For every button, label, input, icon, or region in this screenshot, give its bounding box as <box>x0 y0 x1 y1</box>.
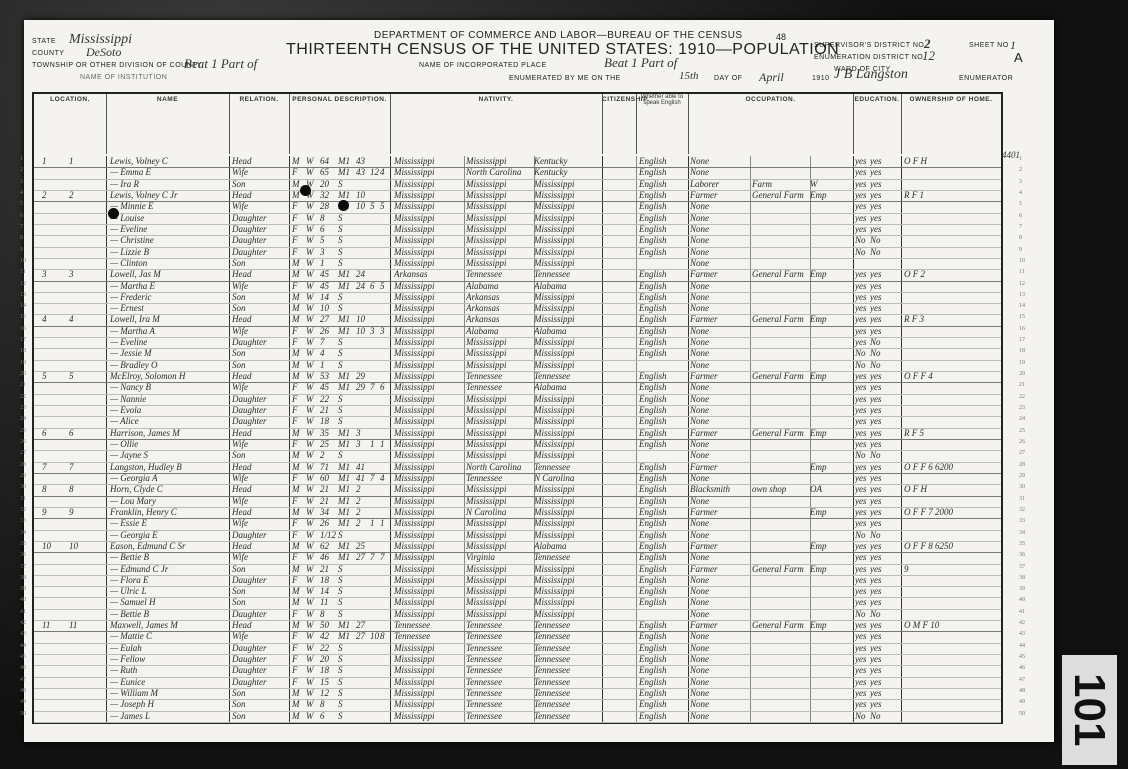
cell-sex: F <box>292 631 304 642</box>
cell-mpob: Mississippi <box>534 213 602 224</box>
line-number: 34 <box>20 530 26 536</box>
cell-write: yes <box>870 507 884 518</box>
line-number-right: 12 <box>1019 281 1025 287</box>
table-body: 111Lewis, Volney CHeadMW64M143Mississipp… <box>34 156 1001 722</box>
line-number-right: 21 <box>1019 382 1025 388</box>
cell-fpob: Mississippi <box>466 405 534 416</box>
cell-occ: None <box>690 518 750 529</box>
enumerated-label: Enumerated by me on the <box>509 75 621 82</box>
cell-mpob: Alabama <box>534 326 602 337</box>
cell-write: yes <box>870 213 884 224</box>
cell-fpob: Virginia <box>466 552 534 563</box>
cell-ms: S <box>338 224 356 235</box>
cell-read: yes <box>855 416 869 427</box>
cell-age: 8 <box>320 213 338 224</box>
cell-ms: M1 <box>338 462 356 473</box>
cell-write: yes <box>870 405 884 416</box>
cell-emp: W <box>810 179 830 190</box>
cell-dw: 8 <box>42 484 62 495</box>
cell-rel: Wife <box>232 281 288 292</box>
cell-name: Eason, Edmund C Sr <box>110 541 228 552</box>
cell-pob: Mississippi <box>394 677 464 688</box>
cell-mpob: Mississippi <box>534 348 602 359</box>
cell-read: No <box>855 450 869 461</box>
cell-rel: Head <box>232 314 288 325</box>
cell-name: — Alice <box>110 416 228 427</box>
cell-living: 8 <box>380 631 390 642</box>
cell-name: Lowell, Jas M <box>110 269 228 280</box>
cell-rel: Son <box>232 179 288 190</box>
cell-fpob: Mississippi <box>466 201 534 212</box>
cell-occ: None <box>690 552 750 563</box>
cell-rel: Head <box>232 428 288 439</box>
cell-mpob: Mississippi <box>534 586 602 597</box>
cell-dw: 2 <box>42 190 62 201</box>
cell-rel: Son <box>232 699 288 710</box>
supervisor-label: Supervisor's District No <box>814 42 924 49</box>
cell-ms: S <box>338 337 356 348</box>
cell-rel: Daughter <box>232 394 288 405</box>
cell-write: No <box>870 337 884 348</box>
line-number: 19 <box>20 360 26 366</box>
cell-occ: Farmer <box>690 462 750 473</box>
cell-fpob: Alabama <box>466 326 534 337</box>
cell-sex: F <box>292 382 304 393</box>
line-number: 32 <box>20 507 26 513</box>
cell-rel: Son <box>232 258 288 269</box>
line-number-right: 35 <box>1019 541 1025 547</box>
cell-race: W <box>306 654 318 665</box>
cell-sex: M <box>292 564 304 575</box>
cell-race: W <box>306 269 318 280</box>
cell-write: yes <box>870 281 884 292</box>
line-number-right: 33 <box>1019 518 1025 524</box>
cell-fpob: Tennessee <box>466 382 534 393</box>
cell-lang: English <box>639 699 687 710</box>
cell-rel: Daughter <box>232 530 288 541</box>
cell-read: yes <box>855 281 869 292</box>
cell-mpob: Mississippi <box>534 484 602 495</box>
cell-age: 46 <box>320 552 338 563</box>
cell-lang: English <box>639 405 687 416</box>
cell-pob: Mississippi <box>394 575 464 586</box>
cell-pob: Mississippi <box>394 190 464 201</box>
cell-born: 1 <box>370 439 380 450</box>
line-number: 14 <box>20 303 26 309</box>
line-number: 21 <box>20 382 26 388</box>
cell-write: yes <box>870 699 884 710</box>
cell-occ: None <box>690 530 750 541</box>
cell-read: yes <box>855 201 869 212</box>
cell-name: — Mattie C <box>110 631 228 642</box>
cell-emp: Emp <box>810 428 830 439</box>
cell-ind: General Farm <box>752 428 808 439</box>
cell-name: — Jayne S <box>110 450 228 461</box>
cell-mpob: Kentucky <box>534 167 602 178</box>
cell-race: W <box>306 631 318 642</box>
cell-age: 26 <box>320 326 338 337</box>
cell-pob: Mississippi <box>394 235 464 246</box>
cell-sex: M <box>292 507 304 518</box>
cell-race: W <box>306 665 318 676</box>
cell-lang: English <box>639 235 687 246</box>
cell-mpob: Tennessee <box>534 665 602 676</box>
cell-fpob: N Carolina <box>466 507 534 518</box>
cell-name: — Ulric L <box>110 586 228 597</box>
line-number: 40 <box>20 597 26 603</box>
cell-sex: M <box>292 156 304 167</box>
cell-race: W <box>306 405 318 416</box>
cell-occ: None <box>690 643 750 654</box>
cell-read: yes <box>855 156 869 167</box>
cell-mpob: Mississippi <box>534 235 602 246</box>
cell-sex: F <box>292 530 304 541</box>
cell-ms: S <box>338 213 356 224</box>
cell-race: W <box>306 552 318 563</box>
cell-name: McElroy, Solomon H <box>110 371 228 382</box>
cell-write: yes <box>870 575 884 586</box>
cell-occ: None <box>690 688 750 699</box>
cell-lang: English <box>639 711 687 722</box>
cell-emp: OA <box>810 484 830 495</box>
cell-lang: English <box>639 484 687 495</box>
line-number: 25 <box>20 428 26 434</box>
cell-yrs: 29 <box>356 371 370 382</box>
cell-sex: F <box>292 247 304 258</box>
cell-fpob: Mississippi <box>466 337 534 348</box>
line-number-right: 16 <box>1019 326 1025 332</box>
cell-born: 10 <box>370 631 380 642</box>
cell-mpob: Mississippi <box>534 337 602 348</box>
line-number: 20 <box>20 371 26 377</box>
cell-occ: None <box>690 496 750 507</box>
cell-age: 1 <box>320 360 338 371</box>
cell-race: W <box>306 382 318 393</box>
cell-occ: Farmer <box>690 371 750 382</box>
cell-write: yes <box>870 179 884 190</box>
cell-sex: M <box>292 371 304 382</box>
line-number-right: 5 <box>1019 201 1022 207</box>
cell-ms: S <box>338 405 356 416</box>
cell-sex: F <box>292 201 304 212</box>
line-number-right: 4 <box>1019 190 1022 196</box>
page-number: 48 <box>776 32 786 42</box>
cell-rel: Daughter <box>232 665 288 676</box>
cell-read: yes <box>855 326 869 337</box>
cell-race: W <box>306 156 318 167</box>
cell-race: W <box>306 496 318 507</box>
line-number-right: 6 <box>1019 213 1022 219</box>
cell-race: W <box>306 677 318 688</box>
cell-race: W <box>306 688 318 699</box>
line-number: 24 <box>20 416 26 422</box>
line-number: 28 <box>20 462 26 468</box>
cell-pob: Mississippi <box>394 382 464 393</box>
cell-rel: Head <box>232 156 288 167</box>
cell-ms: S <box>338 654 356 665</box>
line-number: 30 <box>20 484 26 490</box>
cell-occ: Farmer <box>690 507 750 518</box>
enumerator-label: Enumerator <box>959 75 1013 82</box>
cell-pob: Arkansas <box>394 269 464 280</box>
cell-living: 1 <box>380 439 390 450</box>
cell-age: 53 <box>320 371 338 382</box>
cell-name: — Edmund C Jr <box>110 564 228 575</box>
cell-sex: M <box>292 484 304 495</box>
cell-sex: M <box>292 258 304 269</box>
cell-read: yes <box>855 190 869 201</box>
cell-age: 12 <box>320 688 338 699</box>
cell-write: yes <box>870 371 884 382</box>
cell-write: yes <box>870 552 884 563</box>
cell-write: No <box>870 711 884 722</box>
cell-race: W <box>306 609 318 620</box>
cell-lang: English <box>639 530 687 541</box>
cell-read: yes <box>855 518 869 529</box>
cell-age: 7 <box>320 337 338 348</box>
line-number: 42 <box>20 620 26 626</box>
cell-occ: None <box>690 292 750 303</box>
cell-lang: English <box>639 564 687 575</box>
cell-pob: Mississippi <box>394 665 464 676</box>
cell-name: — Eunice <box>110 677 228 688</box>
cell-home: R F 5 <box>904 428 999 439</box>
cell-born: 6 <box>370 281 380 292</box>
cell-yrs: 41 <box>356 462 370 473</box>
cell-pob: Mississippi <box>394 518 464 529</box>
cell-age: 45 <box>320 281 338 292</box>
cell-yrs: 10 <box>356 201 370 212</box>
cell-occ: None <box>690 405 750 416</box>
cell-read: yes <box>855 631 869 642</box>
cell-mpob: Mississippi <box>534 292 602 303</box>
cell-emp: Emp <box>810 462 830 473</box>
cell-rel: Daughter <box>232 575 288 586</box>
cell-race: W <box>306 711 318 722</box>
cell-age: 3 <box>320 247 338 258</box>
line-number-right: 46 <box>1019 665 1025 671</box>
cell-fpob: Mississippi <box>466 518 534 529</box>
cell-occ: None <box>690 201 750 212</box>
cell-born: 7 <box>370 552 380 563</box>
line-number-right: 8 <box>1019 235 1022 241</box>
county-value: DeSoto <box>86 45 121 60</box>
cell-write: yes <box>870 201 884 212</box>
cell-write: yes <box>870 496 884 507</box>
cell-ms: S <box>338 564 356 575</box>
cell-emp: Emp <box>810 314 830 325</box>
cell-sex: M <box>292 348 304 359</box>
cell-home: O F F 7 2000 <box>904 507 999 518</box>
cell-sex: M <box>292 541 304 552</box>
cell-ms: M1 <box>338 631 356 642</box>
cell-age: 22 <box>320 394 338 405</box>
cell-read: yes <box>855 575 869 586</box>
cell-living: 5 <box>380 281 390 292</box>
cell-mpob: Tennessee <box>534 371 602 382</box>
cell-read: yes <box>855 405 869 416</box>
cell-yrs: 25 <box>356 541 370 552</box>
cell-race: W <box>306 484 318 495</box>
cell-write: yes <box>870 586 884 597</box>
cell-write: yes <box>870 518 884 529</box>
county-label: County <box>32 50 65 57</box>
line-number-right: 27 <box>1019 450 1025 456</box>
cell-yrs: 2 <box>356 518 370 529</box>
cell-rel: Daughter <box>232 235 288 246</box>
cell-race: W <box>306 450 318 461</box>
cell-sex: F <box>292 167 304 178</box>
cell-sex: F <box>292 405 304 416</box>
cell-name: — Minnie E <box>110 201 228 212</box>
cell-occ: None <box>690 258 750 269</box>
department-title: DEPARTMENT OF COMMERCE AND LABOR—BUREAU … <box>374 30 743 41</box>
cell-rel: Head <box>232 462 288 473</box>
cell-age: 60 <box>320 473 338 484</box>
cell-lang: English <box>639 462 687 473</box>
cell-fpob: Tennessee <box>466 643 534 654</box>
cell-read: yes <box>855 167 869 178</box>
cell-occ: Farmer <box>690 564 750 575</box>
cell-living: 6 <box>380 382 390 393</box>
cell-occ: None <box>690 677 750 688</box>
cell-sex: M <box>292 360 304 371</box>
cell-write: yes <box>870 428 884 439</box>
cell-write: yes <box>870 541 884 552</box>
cell-age: 18 <box>320 665 338 676</box>
line-number-right: 48 <box>1019 688 1025 694</box>
cell-read: yes <box>855 541 869 552</box>
cell-lang: English <box>639 416 687 427</box>
cell-sex: F <box>292 654 304 665</box>
cell-read: yes <box>855 473 869 484</box>
line-number-right: 45 <box>1019 654 1025 660</box>
cell-yrs: 41 <box>356 473 370 484</box>
cell-occ: None <box>690 450 750 461</box>
cell-name: — Emma E <box>110 167 228 178</box>
cell-fpob: Mississippi <box>466 609 534 620</box>
cell-ms: S <box>338 292 356 303</box>
cell-write: yes <box>870 326 884 337</box>
line-number-right: 17 <box>1019 337 1025 343</box>
cell-read: yes <box>855 303 869 314</box>
cell-read: yes <box>855 337 869 348</box>
line-number-right: 14 <box>1019 303 1025 309</box>
cell-rel: Son <box>232 303 288 314</box>
cell-lang: English <box>639 688 687 699</box>
cell-race: W <box>306 473 318 484</box>
margin-note: 4401 <box>1002 150 1020 160</box>
cell-home: O F F 4 <box>904 371 999 382</box>
cell-fpob: Mississippi <box>466 564 534 575</box>
cell-occ: None <box>690 224 750 235</box>
cell-yrs: 27 <box>356 552 370 563</box>
enumerated-month: April <box>759 70 784 85</box>
cell-pob: Mississippi <box>394 484 464 495</box>
cell-living: 3 <box>380 326 390 337</box>
line-number: 15 <box>20 314 26 320</box>
cell-yrs: 2 <box>356 484 370 495</box>
cell-race: W <box>306 597 318 608</box>
cell-name: Franklin, Henry C <box>110 507 228 518</box>
cell-home: R F 3 <box>904 314 999 325</box>
cell-yrs: 27 <box>356 620 370 631</box>
cell-lang: English <box>639 292 687 303</box>
cell-name: — Christine <box>110 235 228 246</box>
cell-born: 12 <box>370 167 380 178</box>
cell-living: 1 <box>380 518 390 529</box>
col-personal: PERSONAL DESCRIPTION. <box>289 94 391 154</box>
cell-rel: Head <box>232 507 288 518</box>
cell-age: 8 <box>320 699 338 710</box>
cell-home: O F F 6 6200 <box>904 462 999 473</box>
cell-write: No <box>870 530 884 541</box>
cell-ms: S <box>338 665 356 676</box>
ward-label: Ward of city <box>834 66 891 73</box>
cell-lang: English <box>639 281 687 292</box>
census-title: THIRTEENTH CENSUS OF THE UNITED STATES: … <box>286 41 839 59</box>
cell-sex: F <box>292 213 304 224</box>
cell-fpob: Mississippi <box>466 213 534 224</box>
cell-lang: English <box>639 496 687 507</box>
cell-occ: Farmer <box>690 541 750 552</box>
cell-lang: English <box>639 371 687 382</box>
cell-emp: Emp <box>810 269 830 280</box>
cell-read: yes <box>855 654 869 665</box>
line-number-right: 23 <box>1019 405 1025 411</box>
cell-pob: Mississippi <box>394 405 464 416</box>
cell-yrs: 3 <box>356 439 370 450</box>
cell-fpob: Mississippi <box>466 586 534 597</box>
enumerated-day: 15th <box>679 70 699 82</box>
cell-write: No <box>870 609 884 620</box>
line-number: 10 <box>20 258 26 264</box>
cell-name: — Eveline <box>110 337 228 348</box>
cell-name: — Joseph H <box>110 699 228 710</box>
cell-occ: None <box>690 439 750 450</box>
cell-fam: 4 <box>69 314 89 325</box>
cell-mpob: N Carolina <box>534 473 602 484</box>
cell-lang: English <box>639 224 687 235</box>
cell-mpob: Mississippi <box>534 314 602 325</box>
cell-lang: English <box>639 677 687 688</box>
cell-ms: M1 <box>338 552 356 563</box>
cell-occ: None <box>690 473 750 484</box>
cell-name: Maxwell, James M <box>110 620 228 631</box>
cell-rel: Daughter <box>232 643 288 654</box>
cell-yrs: 27 <box>356 631 370 642</box>
cell-ms: S <box>338 575 356 586</box>
cell-fpob: Tennessee <box>466 665 534 676</box>
cell-name: — Flora E <box>110 575 228 586</box>
cell-rel: Son <box>232 450 288 461</box>
line-number-right: 30 <box>1019 484 1025 490</box>
cell-fpob: Mississippi <box>466 530 534 541</box>
cell-mpob: Mississippi <box>534 190 602 201</box>
cell-pob: Mississippi <box>394 156 464 167</box>
cell-occ: None <box>690 303 750 314</box>
cell-emp: Emp <box>810 620 830 631</box>
cell-fpob: Mississippi <box>466 439 534 450</box>
cell-mpob: Mississippi <box>534 258 602 269</box>
cell-age: 62 <box>320 541 338 552</box>
cell-occ: None <box>690 382 750 393</box>
cell-pob: Mississippi <box>394 224 464 235</box>
cell-yrs: 43 <box>356 167 370 178</box>
cell-lang: English <box>639 201 687 212</box>
cell-pob: Mississippi <box>394 654 464 665</box>
cell-mpob: Tennessee <box>534 552 602 563</box>
